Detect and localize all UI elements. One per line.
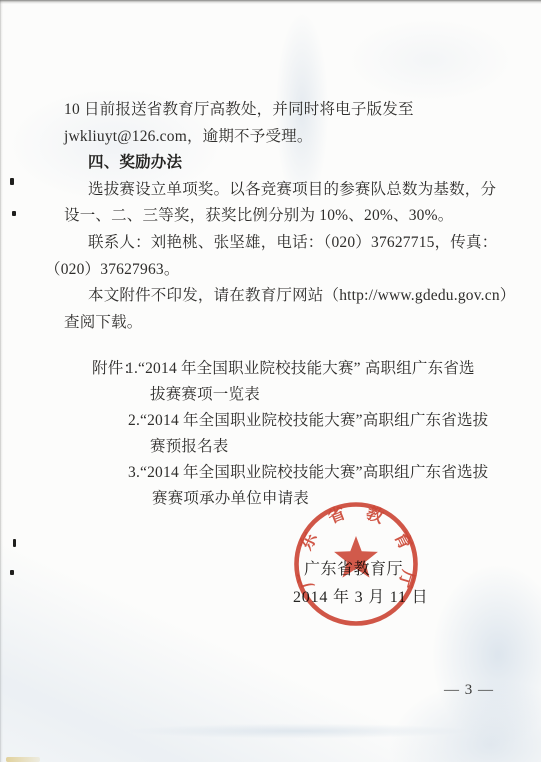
attachment-line: 赛赛项承办单位申请表: [152, 486, 309, 508]
body-line-contacts: 联系人：刘艳桃、张坚雄，电话：（020）37627715，传真：: [64, 230, 504, 257]
scan-speck: [13, 539, 16, 547]
body-line: 设一、二、三等奖，获奖比例分别为 10%、20%、30%。: [64, 203, 504, 230]
body-line-website: 本文附件不印发，请在教育厅网站（http://www.gdedu.gov.cn）: [64, 283, 504, 310]
body-line: 选拔赛设立单项奖。以各竞赛项目的参赛队总数为基数，分: [64, 177, 504, 204]
attachment-line: 1.“2014 年全国职业院校技能大赛” 高职组广东省选: [126, 356, 475, 378]
attachment-line: 2.“2014 年全国职业院校技能大赛”高职组广东省选拔: [128, 408, 488, 430]
section-heading-awards: 四、奖励办法: [64, 150, 504, 177]
body-line: 10 日前报送省教育厅高教处，并同时将电子版发至: [64, 97, 504, 124]
scan-smudge: [6, 757, 40, 762]
attachment-line: 3.“2014 年全国职业院校技能大赛”高职组广东省选拔: [128, 460, 488, 482]
attachment-line: 拔赛赛项一览表: [150, 382, 260, 404]
body-line-email: jwkliuyt@126.com，逾期不予受理。: [64, 124, 504, 151]
scan-speck: [10, 178, 14, 185]
body-line: 查阅下载。: [64, 310, 504, 337]
scanned-document-page: 10 日前报送省教育厅高教处，并同时将电子版发至 jwkliuyt@126.co…: [0, 0, 541, 762]
issue-date: 2014 年 3 月 11 日: [293, 584, 428, 607]
issuing-organization: 广东省教育厅: [304, 556, 403, 579]
body-line-fax: （020）37627963。: [45, 257, 504, 284]
document-body: 10 日前报送省教育厅高教处，并同时将电子版发至 jwkliuyt@126.co…: [64, 97, 504, 336]
scan-speck: [12, 211, 16, 216]
scan-speck: [10, 570, 14, 575]
page-number: — 3 —: [444, 682, 494, 699]
attachment-line: 赛预报名表: [150, 434, 229, 456]
